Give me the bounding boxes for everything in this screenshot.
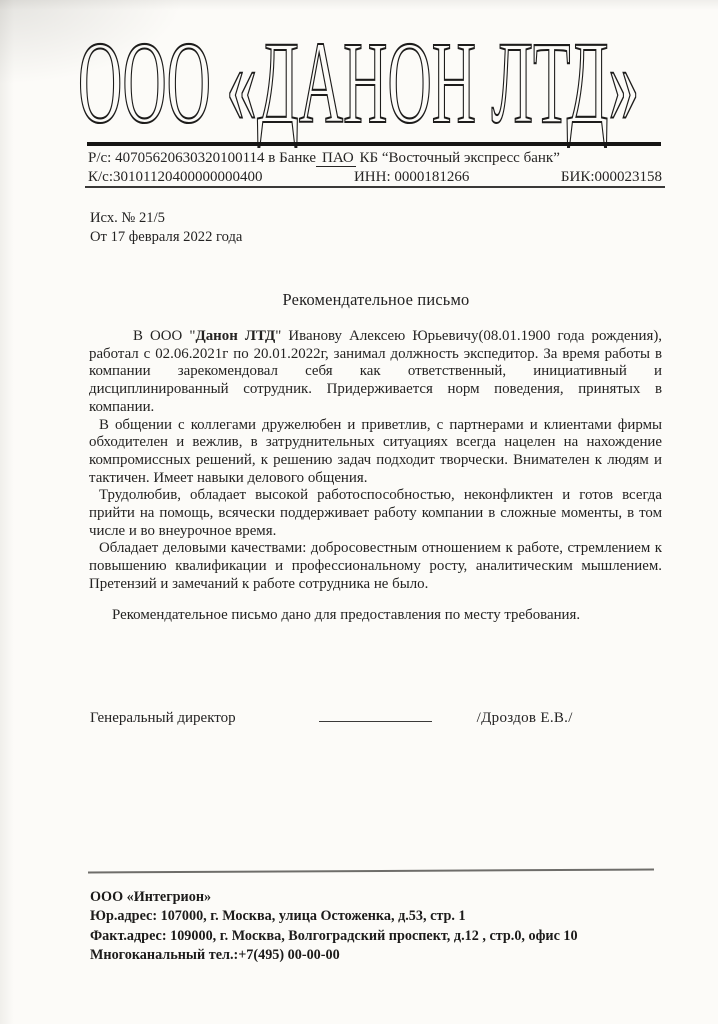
footer-phone: Многоканальный тел.:+7(495) 00-00-00 (90, 946, 670, 965)
footer-company: ООО «Интегрион» (90, 888, 670, 907)
settlement-account: Р/с: 40705620630320100114 в Банке (88, 150, 316, 166)
footer-rule (88, 869, 654, 874)
bank-ids-line: К/с:30101120400000000400 ИНН: 0000181266… (88, 168, 662, 186)
paragraph-qualities: Обладает деловыми качествами: добросовес… (89, 540, 662, 593)
outgoing-number: Исх. № 21/5 (90, 209, 242, 228)
company-logo: ООО «ДАНОН ЛТД» (78, 24, 639, 142)
bank-pao-underlined: ПАО (316, 150, 356, 167)
letterhead: ООО «ДАНОН ЛТД» (0, 20, 718, 145)
letter-date: От 17 февраля 2022 года (90, 228, 242, 247)
bik-value: БИК:000023158 (561, 168, 662, 186)
paragraph-employment: В ООО "Данон ЛТД" Иванову Алексею Юрьеви… (89, 328, 662, 417)
p1-company-name: Данон ЛТД (195, 328, 275, 344)
signatory-name: /Дроздов Е.В./ (477, 710, 573, 727)
footer-block: ООО «Интегрион» Юр.адрес: 107000, г. Мос… (90, 888, 670, 966)
inn-value: ИНН: 0000181266 (354, 168, 469, 186)
footer-legal-address: Юр.адрес: 107000, г. Москва, улица Остож… (90, 907, 670, 926)
reference-block: Исх. № 21/5 От 17 февраля 2022 года (90, 209, 242, 247)
signature-block: Генеральный директор/Дроздов Е.В./ (90, 708, 662, 727)
paragraph-purpose: Рекомендательное письмо дано для предост… (89, 607, 662, 625)
signature-blank-line (319, 708, 432, 722)
letter-body: В ООО "Данон ЛТД" Иванову Алексею Юрьеви… (89, 328, 662, 624)
p1-prefix: В ООО " (133, 328, 195, 344)
paragraph-diligence: Трудолюбив, обладает высокой работоспосо… (89, 487, 662, 540)
correspondent-account: К/с:30101120400000000400 (88, 168, 262, 186)
bank-account-line: Р/с: 40705620630320100114 в БанкеПАО КБ … (88, 149, 662, 167)
scanned-letter-page: ООО «ДАНОН ЛТД» Р/с: 4070562063032010011… (0, 0, 718, 1024)
bank-name: КБ “Восточный экспресс банк” (356, 150, 560, 166)
footer-actual-address: Факт.адрес: 109000, г. Москва, Волгоград… (90, 927, 670, 946)
letter-title: Рекомендательное письмо (90, 290, 662, 310)
paragraph-communication: В общении с коллегами дружелюбен и приве… (89, 417, 662, 488)
signatory-title: Генеральный директор (90, 710, 236, 727)
bank-details: Р/с: 40705620630320100114 в БанкеПАО КБ … (88, 149, 662, 186)
letterhead-rule-top (87, 142, 661, 146)
letterhead-rule-bottom (85, 186, 665, 188)
